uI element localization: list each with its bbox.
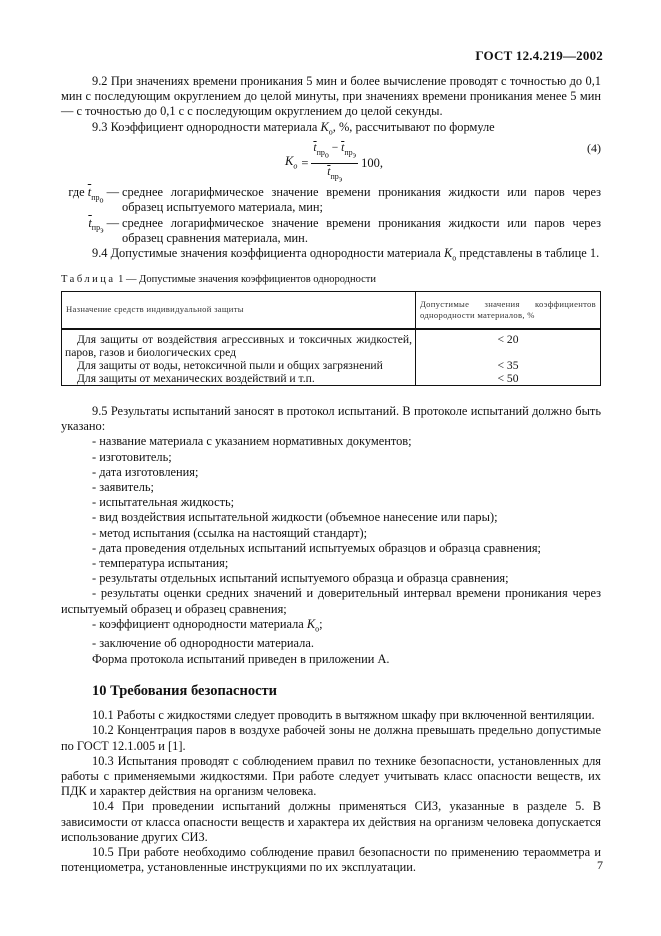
- paragraph-10-3: 10.3 Испытания проводят с соблюдением пр…: [61, 754, 601, 800]
- list-item: - результаты отдельных испытаний испытуе…: [61, 571, 601, 586]
- coefficients-table: Назначение средств индивидуальной защиты…: [61, 291, 601, 386]
- paragraph-9-3: 9.3 Коэффициент однородности материала K…: [61, 120, 601, 140]
- standard-header: ГОСТ 12.4.219—2002: [475, 48, 603, 64]
- table-row: Для защиты от механических воздействий и…: [62, 372, 601, 386]
- paragraph-9-2: 9.2 При значениях времени проникания 5 м…: [61, 74, 601, 120]
- list-item: - испытательная жидкость;: [61, 495, 601, 510]
- definition-t-o: где tпро — среднее логарифмическое значе…: [61, 185, 601, 215]
- formula-4: Kо = tпро − tпрэ tпрэ 100, (4): [61, 141, 601, 181]
- list-item: - заключение об однородности материала.: [61, 636, 601, 651]
- paragraph-9-4: 9.4 Допустимые значения коэффициента одн…: [61, 246, 601, 266]
- table-caption: Таблица 1 — Допустимые значения коэффици…: [61, 272, 601, 287]
- page-number: 7: [597, 858, 603, 873]
- definition-t-e: tпрэ — среднее логарифмическое значение …: [61, 216, 601, 246]
- formula-lhs: Kо: [285, 154, 297, 174]
- list-item: - метод испытания (ссылка на настоящий с…: [61, 526, 601, 541]
- list-item: - заявитель;: [61, 480, 601, 495]
- formula-expression: Kо = tпро − tпрэ tпрэ 100,: [285, 141, 383, 186]
- equation-number: (4): [587, 141, 601, 156]
- k-symbol: K: [321, 120, 329, 134]
- protocol-items-list: - название материала с указанием нормати…: [61, 434, 601, 651]
- table-row: Для защиты от воды, нетоксичной пыли и о…: [62, 359, 601, 372]
- list-item: - результаты оценки средних значений и д…: [61, 586, 601, 616]
- list-item: - дата изготовления;: [61, 465, 601, 480]
- table-row: Для защиты от воздействия агрессивных и …: [62, 329, 601, 359]
- document-page: ГОСТ 12.4.219—2002 9.2 При значениях вре…: [0, 0, 661, 936]
- list-item: - изготовитель;: [61, 450, 601, 465]
- p93-suffix: , %, рассчитывают по формуле: [333, 120, 495, 134]
- document-body: 9.2 При значениях времени проникания 5 м…: [61, 74, 601, 875]
- p93-text: 9.3 Коэффициент однородности материала: [92, 120, 321, 134]
- list-item: - температура испытания;: [61, 556, 601, 571]
- list-item: - дата проведения отдельных испытаний ис…: [61, 541, 601, 556]
- list-item: - вид воздействия испытательной жидкости…: [61, 510, 601, 525]
- paragraph-10-1: 10.1 Работы с жидкостями следует проводи…: [61, 708, 601, 723]
- paragraph-9-5: 9.5 Результаты испытаний заносят в прото…: [61, 404, 601, 434]
- section-10-title: 10 Требования безопасности: [92, 684, 601, 699]
- formula-numerator: tпро − tпрэ: [311, 141, 358, 164]
- formula-multiplier: 100,: [361, 156, 383, 171]
- table-header-purpose: Назначение средств индивидуальной защиты: [62, 291, 416, 329]
- formula-denominator: tпрэ: [327, 164, 342, 186]
- paragraph-10-5: 10.5 При работе необходимо соблюдение пр…: [61, 845, 601, 875]
- list-item: - коэффициент однородности материала Kо;: [61, 617, 601, 637]
- formula-fraction: tпро − tпрэ tпрэ: [311, 141, 358, 186]
- table-header-values: Допустимые значения коэффициентов одноро…: [416, 291, 601, 329]
- paragraph-10-2: 10.2 Концентрация паров в воздухе рабоче…: [61, 723, 601, 753]
- formula-definitions: где tпро — среднее логарифмическое значе…: [61, 185, 601, 246]
- protocol-form-note: Форма протокола испытаний приведен в при…: [61, 652, 601, 667]
- paragraph-10-4: 10.4 При проведении испытаний должны при…: [61, 799, 601, 845]
- list-item: - название материала с указанием нормати…: [61, 434, 601, 449]
- formula-equals: =: [301, 156, 308, 171]
